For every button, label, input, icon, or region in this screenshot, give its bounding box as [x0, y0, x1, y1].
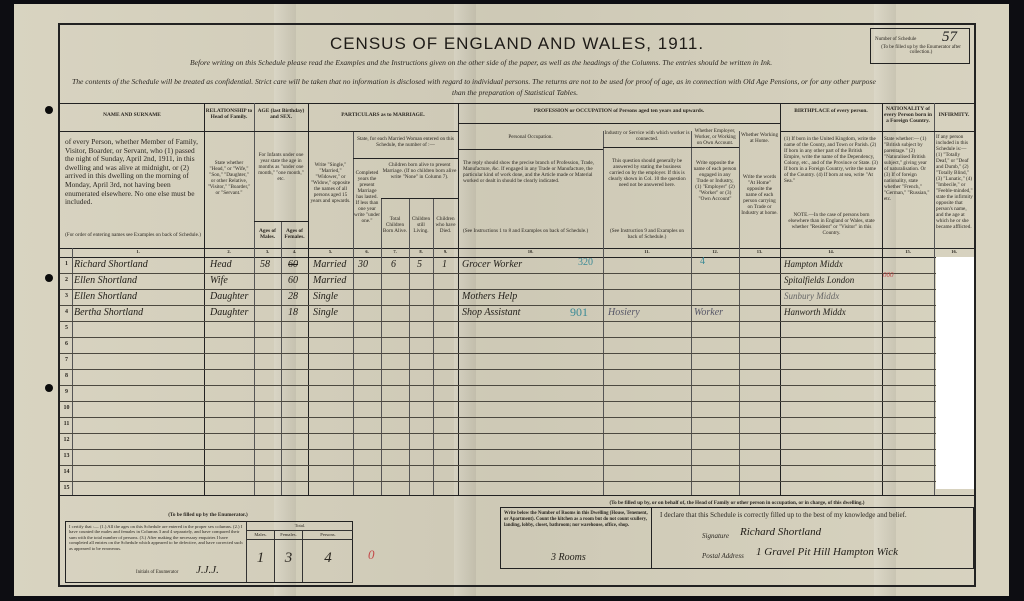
relationship: Daughter: [210, 307, 248, 318]
header-personal-note: (See Instructions 1 to 8 and Examples on…: [462, 227, 601, 235]
age-female: 28: [288, 291, 298, 302]
children-total: 6: [391, 259, 396, 270]
schedule-frame: CENSUS OF ENGLAND AND WALES, 1911. Befor…: [58, 23, 976, 587]
marital-status: Married: [313, 275, 346, 286]
header-relationship: RELATIONSHIP to Head of Family.: [204, 107, 254, 121]
person-name: Bertha Shortland: [74, 307, 143, 318]
header-nationality-desc: State whether:— (1) "British subject by …: [883, 135, 933, 203]
occupation: Shop Assistant: [462, 307, 520, 318]
declaration-box: I declare that this Schedule is correctl…: [652, 507, 974, 569]
confidential-line: The contents of the Schedule will be tre…: [72, 77, 876, 86]
schedule-number-label: Number of Schedule: [875, 37, 916, 42]
document-title: CENSUS OF ENGLAND AND WALES, 1911.: [60, 34, 974, 54]
marital-status: Single: [313, 291, 338, 302]
header-personal-desc: The reply should show the precise branch…: [462, 159, 601, 185]
schedule-number: 57: [942, 29, 957, 46]
header-employer: Whether Employer, Worker, or Working on …: [691, 127, 739, 147]
certify-text: I certify that :— (1.) All the ages on t…: [69, 524, 244, 551]
header-birthplace: BIRTHPLACE of every person.: [780, 107, 882, 115]
marital-status: Married: [313, 259, 346, 270]
header-children-died: Children who have Died.: [433, 215, 458, 235]
initials-label: Initials of Enumerator: [136, 570, 178, 575]
age-male: 58: [260, 259, 270, 270]
red-mark: 0: [368, 547, 375, 563]
age-female: 18: [288, 307, 298, 318]
header-age-females: Ages of Females.: [281, 227, 308, 241]
occupation: Mothers Help: [462, 291, 517, 302]
relationship: Wife: [210, 275, 228, 286]
signature-label: Signature: [702, 532, 729, 540]
birthplace: Hanworth Middx: [784, 307, 846, 317]
header-occupation: PROFESSION or OCCUPATION of Persons aged…: [460, 107, 778, 115]
total-females: 3: [275, 540, 302, 567]
occupation: Grocer Worker: [462, 259, 522, 270]
total-persons: 4: [303, 540, 353, 567]
header-industry-note: (See Instruction 9 and Examples on back …: [605, 227, 689, 241]
header-age-males: Ages of Males.: [254, 227, 281, 241]
header-infirmity-desc: If any person included in this Schedule …: [935, 133, 974, 231]
redacted-infirmity-column: [936, 257, 974, 489]
punch-hole-icon: [45, 274, 53, 282]
punch-hole-icon: [45, 106, 53, 114]
header-industry-desc: This question should generally be answer…: [605, 157, 689, 189]
table-body: 1 2 3 4 5 6 7 8 9 10 11 12 13 14 15 Rich…: [60, 257, 974, 495]
marriage-years: 30: [358, 259, 368, 270]
instruction-line: Before writing on this Schedule please r…: [190, 58, 772, 67]
declaration-text: I declare that this Schedule is correctl…: [660, 511, 907, 519]
rooms-instruction: Write below the Number of Rooms in this …: [503, 510, 649, 530]
age-female: 60: [288, 275, 298, 286]
person-name: Ellen Shortland: [74, 275, 137, 286]
relationship: Daughter: [210, 291, 248, 302]
employer-status: Worker: [694, 307, 723, 318]
signature: Richard Shortland: [740, 526, 821, 538]
header-infirmity: INFIRMITY.: [934, 111, 974, 119]
number-of-rooms: 3 Rooms: [551, 552, 586, 563]
totals-box: Total. Males. 1 Females. 3 Persons. 4: [246, 522, 353, 582]
header-industry: Industry or Service with which worker is…: [603, 129, 691, 143]
header-children-living: Children still Living.: [409, 215, 433, 235]
marital-status: Single: [313, 307, 338, 318]
header-children: Children born alive to present Marriage.…: [381, 161, 458, 181]
total-males: 1: [247, 540, 274, 567]
punch-hole-icon: [45, 384, 53, 392]
header-marriage-years: Completed years the present Marriage has…: [353, 169, 381, 225]
header-nationality: NATIONALITY of every Person born in a Fo…: [882, 105, 934, 125]
children-died: 1: [442, 259, 447, 270]
header-home: Whether Working at Home.: [739, 131, 780, 145]
header-birthplace-desc: (1) If born in the United Kingdom, write…: [783, 135, 880, 185]
enumerator-section: (To be filled up by the Enumerator.) I c…: [60, 511, 356, 588]
schedule-number-note: (To be filled up by the Enumerator after…: [875, 45, 967, 55]
certificate-box: I certify that :— (1.) All the ages on t…: [65, 521, 353, 583]
header-married-woman: State, for each Married Woman entered on…: [353, 135, 458, 149]
birthplace: Hampton Middx: [784, 259, 843, 269]
header-employer-desc: Write opposite the name of each person e…: [692, 159, 738, 203]
industry: Hosiery: [608, 307, 640, 318]
person-name: Ellen Shortland: [74, 291, 137, 302]
header-age: AGE (last Birthday) and SEX.: [254, 107, 308, 121]
person-name: Richard Shortland: [74, 259, 148, 270]
schedule-number-box: Number of Schedule 57 (To be filled up b…: [870, 28, 970, 64]
relationship: Head: [210, 259, 232, 270]
occupation-code: 901: [570, 305, 588, 320]
confidential-line-2: than the preparation of Statistical Tabl…: [452, 88, 578, 97]
rooms-box: Write below the Number of Rooms in this …: [500, 507, 652, 569]
header-children-total: Total Children Born Alive.: [381, 215, 409, 235]
occupation-code: 320: [578, 257, 593, 268]
header-relationship-desc: State whether "Head," or "Wife," "Son," …: [206, 159, 252, 197]
census-table: NAME AND SURNAME of every Person, whethe…: [60, 103, 974, 495]
header-name: NAME AND SURNAME: [60, 111, 204, 119]
enumerator-heading: (To be filled up by the Enumerator.): [60, 511, 356, 519]
header-age-desc: For Infants under one year state the age…: [254, 151, 308, 183]
children-living: 5: [417, 259, 422, 270]
birthplace: Sunbury Middx: [784, 291, 839, 301]
header-marriage: PARTICULARS as to MARRIAGE.: [308, 111, 458, 119]
header-home-desc: Write the words "At Home" opposite the n…: [740, 173, 779, 217]
header-name-desc: of every Person, whether Member of Famil…: [64, 137, 202, 208]
age-female: 60: [288, 259, 298, 270]
header-birthplace-note: NOTE.—In the case of persons born elsewh…: [783, 211, 880, 237]
birthplace-code: 000: [883, 271, 894, 279]
postal-address-label: Postal Address: [702, 552, 744, 560]
occupier-heading: (To be filled up by, or on behalf of, th…: [500, 499, 974, 507]
postal-address: 1 Gravel Pit Hill Hampton Wick: [756, 546, 898, 558]
enumerator-initials: J.J.J.: [196, 564, 219, 576]
header-name-note: (For order of entering names see Example…: [64, 231, 202, 239]
header-marriage-status: Write "Single," "Married," "Widower," or…: [308, 161, 353, 205]
header-personal-occupation: Personal Occupation.: [458, 133, 603, 141]
birthplace: Spitalfields London: [784, 275, 854, 285]
employer-status: 4: [700, 256, 705, 267]
